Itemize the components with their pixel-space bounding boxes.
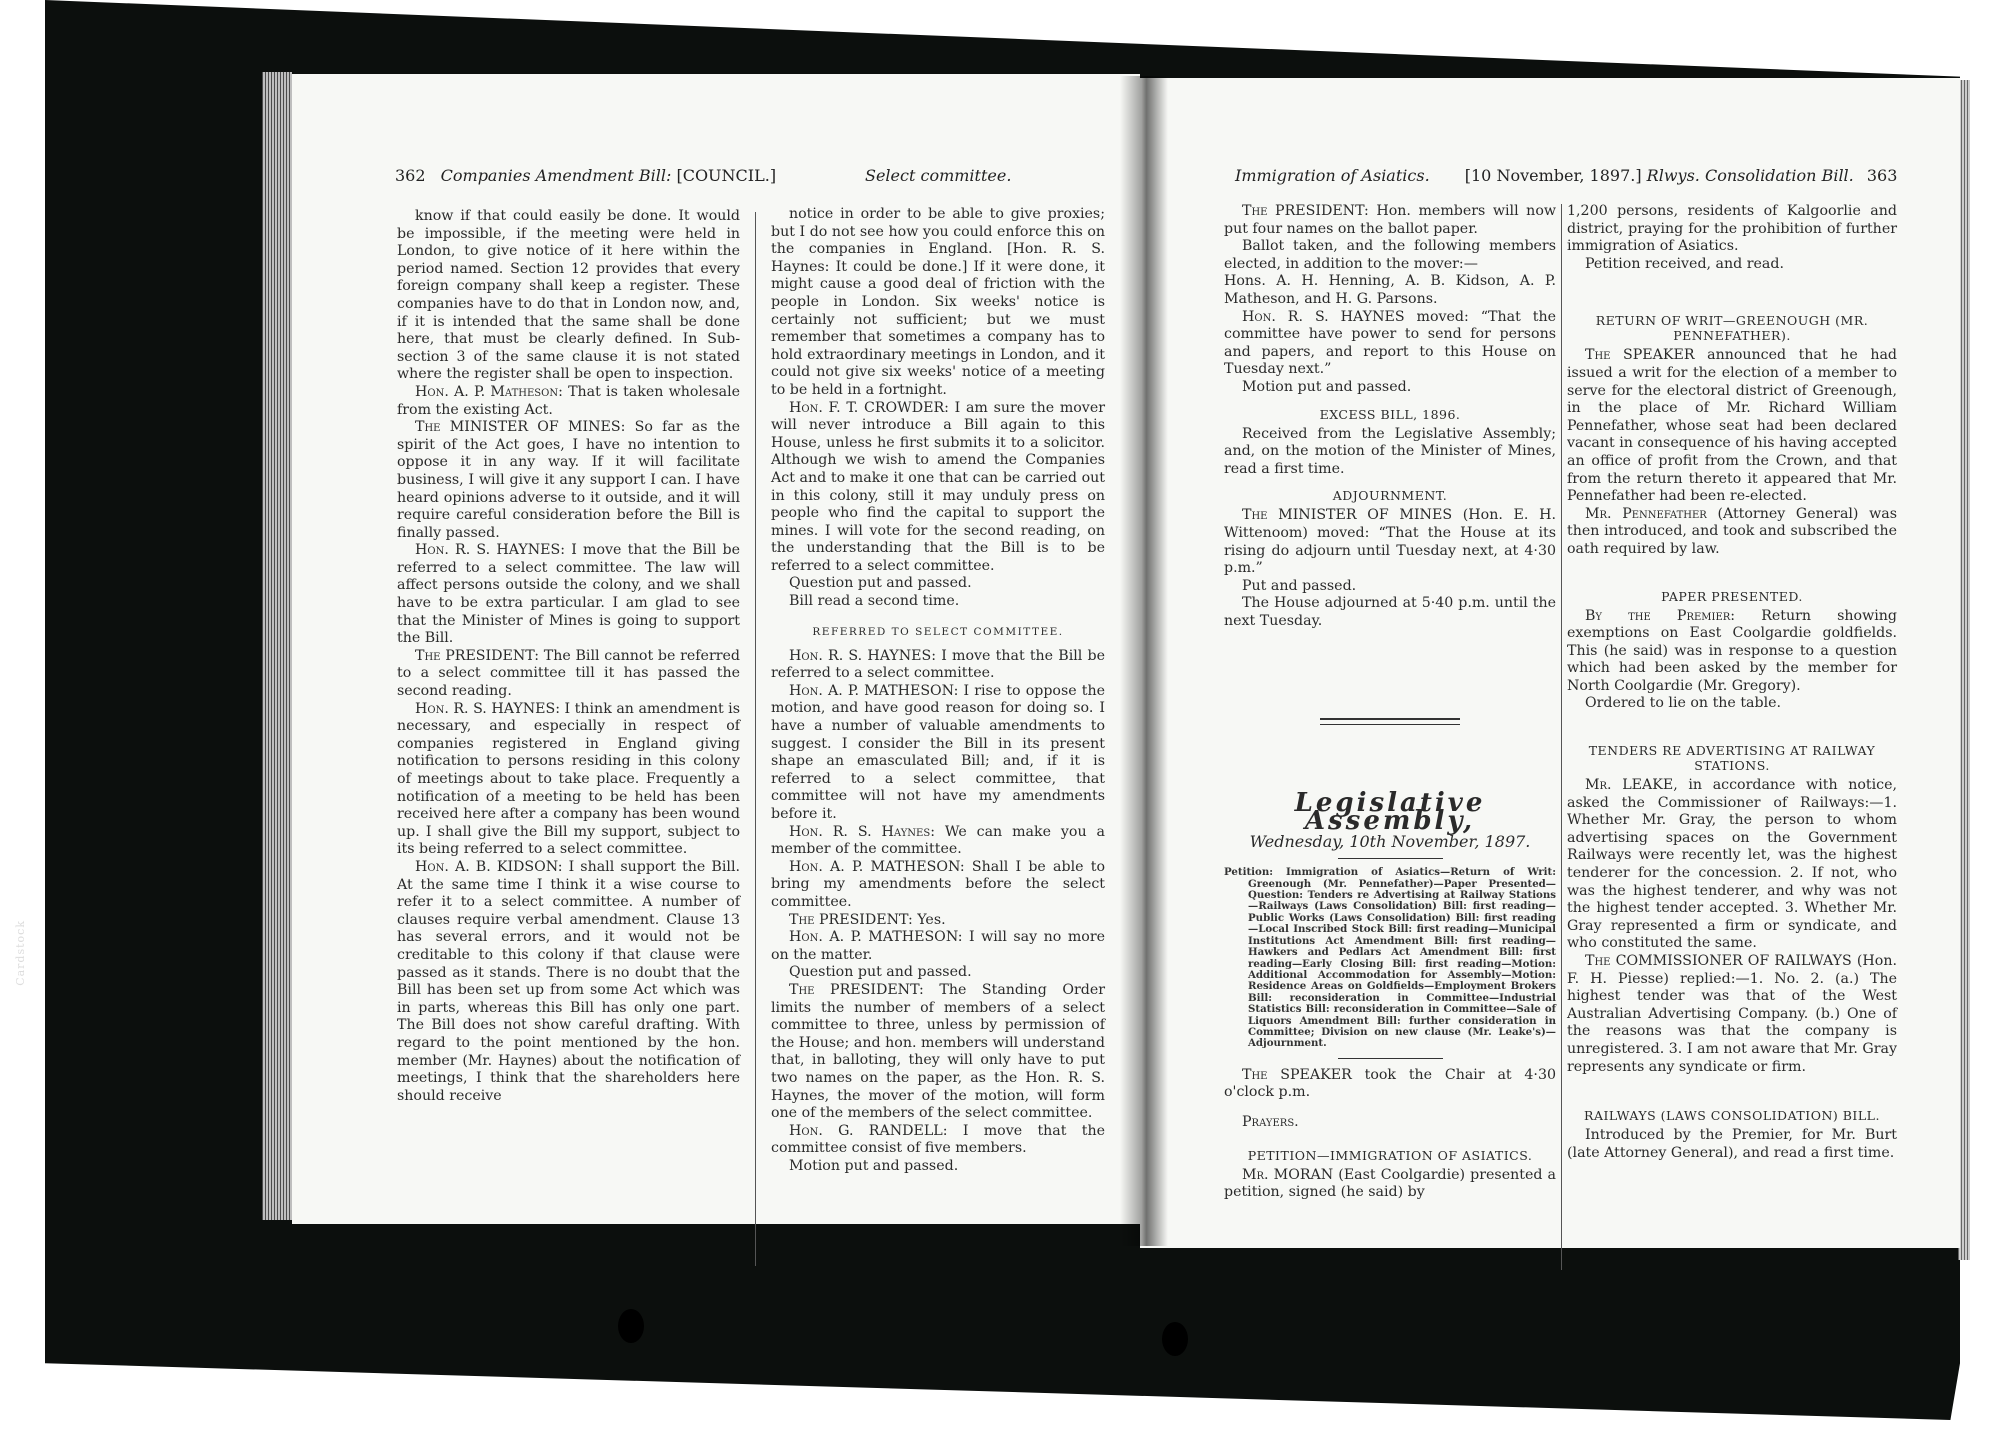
speaker-name: Hon. F. T. CROWDER: — [789, 400, 955, 416]
speaker-name: Hon. A. P. MATHESON: — [789, 929, 969, 945]
punch-hole — [1162, 1322, 1188, 1356]
speaker-name: Hon. R. S. HAYNES: — [415, 542, 571, 558]
speech-text: (Hon. F. H. Piesse) replied:—1. No. 2. (… — [1567, 953, 1897, 1075]
speech-paragraph: The SPEAKER announced that he had issued… — [1567, 347, 1897, 505]
section-heading: RAILWAYS (LAWS CONSOLIDATION) BILL. — [1567, 1108, 1897, 1123]
section-heading: PETITION—IMMIGRATION OF ASIATICS. — [1224, 1148, 1556, 1163]
book-gutter — [1120, 76, 1168, 1246]
paragraph: Introduced by the Premier, for Mr. Burt … — [1567, 1127, 1897, 1162]
section-heading: RETURN OF WRIT—GREENOUGH (MR. PENNEFATHE… — [1567, 313, 1897, 343]
speech-text: Hons. A. H. Henning, A. B. Kidson, A. P.… — [1224, 273, 1556, 307]
paragraph: know if that could easily be done. It wo… — [397, 208, 740, 384]
column-rule — [1561, 204, 1562, 1270]
speaker-name: Hon. R. S. Haynes: — [789, 824, 945, 840]
right-running-head: Immigration of Asiatics. [10 November, 1… — [1235, 166, 1890, 185]
speaker-name: Hon. A. P. MATHESON: — [789, 683, 964, 699]
speech-text: Put and passed. — [1242, 578, 1356, 594]
paragraph: Hons. A. H. Henning, A. B. Kidson, A. P.… — [1224, 273, 1556, 308]
speaker-name: The PRESIDENT: — [789, 982, 939, 998]
speech-paragraph: Hon. R. S. HAYNES moved: “That the commi… — [1224, 309, 1556, 379]
speech-text: I rise to oppose the motion, and have go… — [771, 683, 1105, 822]
speech-paragraph: Hon. R. S. HAYNES: I move that the Bill … — [771, 648, 1105, 683]
running-title: Immigration of Asiatics. — [1235, 166, 1430, 185]
paragraph: notice in order to be able to give proxi… — [771, 206, 1105, 400]
paragraph: Question put and passed. — [771, 575, 1105, 593]
speech-text: Yes. — [917, 912, 945, 928]
section-heading: EXCESS BILL, 1896. — [1224, 407, 1556, 422]
speaker-name: The PRESIDENT: — [789, 912, 917, 928]
speech-text: Motion put and passed. — [1242, 379, 1411, 395]
page-number: 363 — [1867, 166, 1898, 185]
speech-text: I think an amendment is necessary, and e… — [397, 701, 740, 858]
left-running-head: 362 Companies Amendment Bill: [COUNCIL.]… — [395, 166, 1095, 185]
paragraph: The SPEAKER took the Chair at 4·30 o'clo… — [1224, 1067, 1556, 1102]
paragraph: Motion put and passed. — [771, 1158, 1105, 1176]
running-title-right: Rlwys. Consolidation Bill. — [1647, 166, 1854, 185]
speech-paragraph: Mr. LEAKE, in accordance with notice, as… — [1567, 777, 1897, 953]
left-page-edges — [262, 72, 292, 1220]
speech-paragraph: Hon. A. P. MATHESON: I will say no more … — [771, 929, 1105, 964]
column-3: The PRESIDENT: Hon. members will now put… — [1224, 203, 1556, 1202]
column-4: 1,200 persons, residents of Kalgoorlie a… — [1567, 203, 1897, 1162]
speaker-name: Mr. LEAKE, — [1585, 777, 1688, 793]
speaker-name: Hon. A. P. MATHESON: — [789, 859, 972, 875]
speech-text: I shall support the Bill. At the same ti… — [397, 859, 740, 1104]
speech-text: Ballot taken, and the following members … — [1224, 238, 1556, 272]
speaker-name: The PRESIDENT: — [415, 648, 544, 664]
speech-paragraph: Hon. R. S. Haynes: We can make you a mem… — [771, 824, 1105, 859]
speech-text: The House adjourned at 5·40 p.m. until t… — [1224, 595, 1556, 629]
section-heading: REFERRED TO SELECT COMMITTEE. — [771, 625, 1105, 640]
chamber-label: [COUNCIL.] — [676, 166, 776, 185]
speech-paragraph: Mr. Pennefather (Attorney General) was t… — [1567, 506, 1897, 559]
column-rule — [755, 212, 756, 1266]
speaker-name: Mr. Pennefather — [1585, 506, 1717, 522]
speech-text: Petition received, and read. — [1585, 256, 1784, 272]
speech-text: Bill read a second time. — [789, 593, 959, 609]
speaker-name: Hon. R. S. HAYNES — [1242, 309, 1417, 325]
speaker-name: The COMMISSIONER OF RAILWAYS — [1585, 953, 1857, 969]
paragraph: Mr. MORAN (East Coolgardie) presented a … — [1224, 1167, 1556, 1202]
assembly-date: Wednesday, 10th November, 1897. — [1224, 833, 1556, 851]
rule — [1338, 858, 1443, 859]
section-title: Select committee. — [865, 166, 1011, 185]
speech-paragraph: Hon. A. B. KIDSON: I shall support the B… — [397, 859, 740, 1105]
speech-text: know if that could easily be done. It wo… — [397, 208, 740, 382]
speaker-name: The MINISTER OF MINES — [1242, 507, 1463, 523]
speech-paragraph: The PRESIDENT: The Bill cannot be referr… — [397, 648, 740, 701]
prayers-label: Prayers. — [1224, 1114, 1556, 1132]
date-label: [10 November, 1897.] — [1465, 166, 1642, 185]
speech-paragraph: Hon. A. P. MATHESON: Shall I be able to … — [771, 859, 1105, 912]
paragraph: Ordered to lie on the table. — [1567, 695, 1897, 713]
rule — [1338, 1058, 1443, 1059]
speech-text: announced that he had issued a writ for … — [1567, 347, 1897, 504]
speech-text: notice in order to be able to give proxi… — [771, 206, 1105, 398]
column-1: know if that could easily be done. It wo… — [397, 208, 740, 1105]
speech-paragraph: The MINISTER OF MINES: So far as the spi… — [397, 419, 740, 542]
speaker-name: The MINISTER OF MINES: — [415, 419, 635, 435]
speech-text: I am sure the mover will never introduce… — [771, 400, 1105, 574]
paragraph: Put and passed. — [1224, 578, 1556, 596]
page-number: 362 — [395, 166, 426, 185]
speech-paragraph: By the Premier: Return showing exemption… — [1567, 608, 1897, 696]
speech-text: 1,200 persons, residents of Kalgoorlie a… — [1567, 203, 1897, 254]
punch-hole — [618, 1309, 644, 1343]
speech-paragraph: Hon. A. P. Matheson: That is taken whole… — [397, 384, 740, 419]
speaker-name: Hon. R. S. HAYNES: — [789, 648, 941, 664]
paragraph: Received from the Legislative Assembly; … — [1224, 426, 1556, 479]
speech-text: in accordance with notice, asked the Com… — [1567, 777, 1897, 951]
speech-paragraph: Hon. G. RANDELL: I move that the committ… — [771, 1123, 1105, 1158]
speaker-name: The SPEAKER — [1585, 347, 1707, 363]
paragraph: Question put and passed. — [771, 964, 1105, 982]
speech-text: Ordered to lie on the table. — [1585, 695, 1781, 711]
speech-text: Motion put and passed. — [789, 1158, 958, 1174]
speech-paragraph: Hon. A. P. MATHESON: I rise to oppose th… — [771, 683, 1105, 824]
speech-text: The Standing Order limits the number of … — [771, 982, 1105, 1121]
speaker-name: Hon. G. RANDELL: — [789, 1123, 963, 1139]
speech-paragraph: The PRESIDENT: The Standing Order limits… — [771, 982, 1105, 1123]
section-heading: TENDERS RE ADVERTISING AT RAILWAY STATIO… — [1567, 743, 1897, 773]
running-title: Companies Amendment Bill: — [441, 166, 672, 185]
section-heading: PAPER PRESENTED. — [1567, 589, 1897, 604]
column-2: notice in order to be able to give proxi… — [771, 206, 1105, 1175]
speech-paragraph: The COMMISSIONER OF RAILWAYS (Hon. F. H.… — [1567, 953, 1897, 1076]
double-rule — [1320, 718, 1460, 725]
assembly-title: Legislative Assembly, — [1224, 795, 1556, 830]
paragraph: Bill read a second time. — [771, 593, 1105, 611]
speaker-name: By the Premier: — [1585, 608, 1761, 624]
margin-stamp: Cardstock — [14, 920, 27, 986]
speech-text: Question put and passed. — [789, 964, 972, 980]
speech-paragraph: The PRESIDENT: Yes. — [771, 912, 1105, 930]
speech-paragraph: The MINISTER OF MINES (Hon. E. H. Witten… — [1224, 507, 1556, 577]
paragraph: 1,200 persons, residents of Kalgoorlie a… — [1567, 203, 1897, 256]
speech-paragraph: Hon. F. T. CROWDER: I am sure the mover … — [771, 400, 1105, 576]
speech-text: Question put and passed. — [789, 575, 972, 591]
speaker-name: The PRESIDENT: — [1242, 203, 1376, 219]
speaker-name: Hon. A. B. KIDSON: — [415, 859, 569, 875]
paragraph: The House adjourned at 5·40 p.m. until t… — [1224, 595, 1556, 630]
section-heading: ADJOURNMENT. — [1224, 488, 1556, 503]
speech-text: So far as the spirit of the Act goes, I … — [397, 419, 740, 541]
speaker-name: Hon. R. S. HAYNES: — [415, 701, 565, 717]
paragraph: Motion put and passed. — [1224, 379, 1556, 397]
speaker-name: Hon. A. P. Matheson: — [415, 384, 568, 400]
sitting-summary: Petition: Immigration of Asiatics—Return… — [1224, 867, 1556, 1050]
speech-paragraph: Hon. R. S. HAYNES: I move that the Bill … — [397, 542, 740, 648]
paragraph: Petition received, and read. — [1567, 256, 1897, 274]
speech-paragraph: Hon. R. S. HAYNES: I think an amendment … — [397, 701, 740, 859]
paragraph: Ballot taken, and the following members … — [1224, 238, 1556, 273]
speech-paragraph: The PRESIDENT: Hon. members will now put… — [1224, 203, 1556, 238]
